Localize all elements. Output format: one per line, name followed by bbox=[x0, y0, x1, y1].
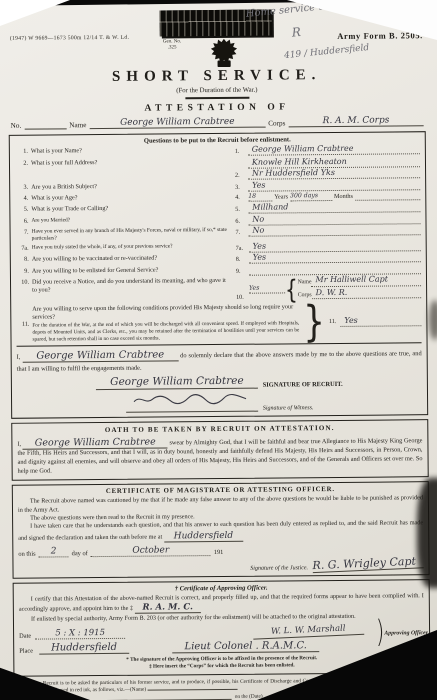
witness-signature bbox=[126, 392, 258, 413]
q2-number: 2. bbox=[15, 159, 31, 167]
q9-answer bbox=[249, 264, 253, 273]
q8-text: Are you willing to be vaccinated or re-v… bbox=[32, 254, 236, 264]
q11-text: Are you willing to serve upon the follow… bbox=[32, 303, 293, 320]
date-label: Date bbox=[19, 633, 31, 640]
q3-number: 3. bbox=[15, 183, 31, 191]
brace-icon: { bbox=[285, 276, 298, 302]
handwritten-initial: R bbox=[291, 25, 301, 40]
magistrate-p3-block: I have taken care that he understands ea… bbox=[18, 520, 423, 544]
on-this-label: on this bbox=[18, 550, 35, 557]
q7a-text: Have you truly stated the whole, if any,… bbox=[32, 242, 236, 251]
q3-answer: Yes bbox=[248, 180, 266, 189]
q7a-answer-number: 7a. bbox=[236, 244, 249, 252]
scanned-document: (1947) W 9669—1673 500m 12/14 T. & W. Ld… bbox=[0, 0, 437, 700]
q5-answer-number: 5. bbox=[235, 206, 248, 214]
witness-signature-row: Signature of Witness. bbox=[17, 390, 422, 414]
q7-number: 7. bbox=[16, 229, 32, 237]
q10-answer: Yes bbox=[249, 285, 259, 292]
q7-text: Have you ever served in any branch of Hi… bbox=[32, 227, 236, 243]
q6-text: Are you Married? bbox=[31, 215, 235, 224]
q4-number: 4. bbox=[15, 195, 31, 203]
divider-rule bbox=[185, 97, 249, 100]
q4-years-label: Years bbox=[272, 194, 290, 202]
justice-label: Signature of the Justice. bbox=[250, 565, 308, 572]
name-label: Name bbox=[69, 121, 86, 129]
q9-answer-number: 9. bbox=[236, 267, 249, 275]
question-row-11: 11. Are you willing to serve upon the fo… bbox=[16, 302, 421, 343]
declaration: I, George William Crabtree do solemnly d… bbox=[17, 342, 422, 373]
oath-body: I, George William Crabtree swear by Almi… bbox=[17, 433, 422, 476]
form-title: SHORT SERVICE. bbox=[8, 66, 425, 87]
rank-value: Lieut Colonel . R.A.M.C. bbox=[172, 640, 318, 653]
q7-answer: No bbox=[248, 226, 264, 235]
q10-answer-number: 10. bbox=[236, 294, 249, 302]
date-footnote-label: on the (Date) bbox=[235, 693, 263, 699]
identity-line: No. Name George William Crabtree Corps R… bbox=[11, 115, 424, 130]
q9-text: Are you willing to be enlisted for Gener… bbox=[32, 266, 236, 276]
corps-label: Corps bbox=[268, 119, 285, 127]
place-value: Huddersfield bbox=[39, 642, 129, 655]
q1-answer-number: 1. bbox=[235, 148, 248, 156]
q2-answer-line2: Nr Huddersfield Yks bbox=[248, 168, 335, 178]
paren-icon: ) bbox=[376, 618, 385, 649]
q2-text: What is your full Address? bbox=[31, 157, 235, 167]
q6-answer: No bbox=[248, 214, 264, 223]
q11-answer: Yes bbox=[340, 315, 358, 324]
place-label: Place bbox=[19, 648, 33, 655]
day-of-label: day of bbox=[72, 550, 88, 557]
attestation-heading: ATTESTATION OF bbox=[8, 101, 425, 115]
witness-signature-label: Signature of Witness. bbox=[263, 405, 314, 411]
handwritten-district-note: 419 / Huddersfield bbox=[284, 43, 370, 61]
no-label: No. bbox=[11, 122, 22, 130]
approving-date-row: Date 5 : X : 1915 W. L. W. Marshall bbox=[19, 624, 424, 640]
q8-number: 8. bbox=[16, 256, 32, 264]
q3-text: Are you a British Subject? bbox=[31, 182, 235, 192]
q10-text: Did you receive a Notice, and do you und… bbox=[32, 277, 236, 295]
q10-number: 10. bbox=[16, 279, 32, 287]
q4-answer-months: 300 days bbox=[290, 193, 318, 200]
oath-box: OATH TO BE TAKEN BY RECRUIT ON ATTESTATI… bbox=[11, 419, 428, 481]
approving-corps-value: R. A. M. C. bbox=[134, 602, 200, 614]
q10-corps-value: D. W. R. bbox=[312, 288, 348, 297]
approving-officer-label: Approving Officer. bbox=[384, 630, 429, 636]
corps-value: R. A. M. Corps bbox=[288, 115, 423, 127]
brace-icon: } bbox=[303, 300, 325, 343]
q8-answer-number: 8. bbox=[236, 256, 249, 264]
justice-signature-row: Signature of the Justice. R. G. Wrigley … bbox=[18, 556, 423, 574]
question-row-7: 7. Have you ever served in any branch of… bbox=[16, 225, 421, 243]
q7a-answer: Yes bbox=[249, 241, 267, 250]
declaration-pre: I, bbox=[17, 354, 21, 361]
q1-number: 1. bbox=[15, 148, 31, 156]
recruit-signature: George William Crabtree bbox=[96, 375, 258, 390]
form-subtitle: (For the Duration of the War.) bbox=[8, 85, 425, 96]
magistrate-box: CERTIFICATE OF MAGISTRATE OR ATTESTING O… bbox=[12, 481, 430, 578]
date-value: 5 : X : 1915 bbox=[55, 628, 105, 638]
declaration-name: George William Crabtree bbox=[22, 350, 178, 363]
q6-number: 6. bbox=[15, 217, 31, 225]
year-printed: 191 bbox=[214, 549, 224, 556]
no-blank bbox=[24, 128, 66, 129]
q10-name-label: Name bbox=[298, 280, 312, 288]
q8-answer: Yes bbox=[249, 253, 267, 262]
name-blank bbox=[147, 689, 237, 691]
q4-answer-number: 4. bbox=[235, 194, 248, 202]
q10-name-value: Mr Halliwell Capt bbox=[311, 275, 388, 285]
scan-artifact bbox=[417, 478, 437, 588]
name-value: George William Crabtree bbox=[89, 117, 265, 130]
royal-crest bbox=[204, 38, 244, 68]
q5-answer: Millhand bbox=[248, 202, 288, 211]
q4-months-label: Months bbox=[332, 193, 355, 201]
gen-no-caption: Gen. No. .325 bbox=[163, 39, 181, 51]
question-row-10: 10. Did you receive a Notice, and do you… bbox=[16, 276, 421, 305]
approving-place-row: Place Huddersfield Lieut Colonel . R.A.M… bbox=[19, 639, 424, 655]
q2-answer-line1: Knowle Hill Kirkheaton bbox=[248, 156, 347, 166]
q1-answer: George William Crabtree bbox=[248, 144, 354, 154]
q4-answer-years: 18 bbox=[248, 193, 256, 200]
form-content: (1947) W 9669—1673 500m 12/14 T. & W. Ld… bbox=[0, 0, 437, 700]
q11-number: 11. bbox=[16, 320, 32, 328]
magistrate-place-value: Huddersfield bbox=[164, 530, 243, 542]
printer-imprint: (1947) W 9669—1673 500m 12/14 T. & W. Ld… bbox=[10, 35, 129, 42]
q2-answer-number: 2. bbox=[235, 172, 248, 180]
q7a-number: 7a. bbox=[16, 244, 32, 252]
justice-signature: R. G. Wrigley Capt bbox=[312, 554, 424, 573]
q6-answer-number: 6. bbox=[235, 217, 248, 225]
q11-condition: For the duration of the War, at the end … bbox=[32, 320, 299, 343]
q3-answer-number: 3. bbox=[235, 184, 248, 192]
q4-text: What is your Age? bbox=[31, 193, 235, 203]
q4-trailing-line bbox=[355, 193, 420, 202]
magistrate-date-line: on this 2 day of October 191 bbox=[18, 543, 423, 558]
q1-text: What is your Name? bbox=[31, 146, 235, 156]
oath-pre: I, bbox=[17, 441, 21, 448]
scan-artifact bbox=[429, 300, 437, 340]
q7-answer-number: 7. bbox=[235, 229, 248, 237]
q11-answer-number: 11. bbox=[327, 317, 339, 325]
month-value: October bbox=[132, 545, 169, 555]
questions-box: Questions to be put to the Recruit befor… bbox=[9, 131, 428, 419]
question-row-2: 2. What is your full Address? 2. Knowle … bbox=[15, 156, 420, 182]
approving-p1: I certify that this Attestation of the a… bbox=[19, 592, 424, 613]
recruit-signature-label: SIGNATURE OF RECRUIT. bbox=[263, 381, 343, 389]
approving-signature: W. L. W. Marshall bbox=[253, 623, 364, 640]
recruit-signature-row: George William Crabtree SIGNATURE OF REC… bbox=[17, 373, 422, 391]
q11-text-block: Are you willing to serve upon the follow… bbox=[32, 303, 303, 343]
q9-number: 9. bbox=[16, 267, 32, 275]
q5-text: What is your Trade or Calling? bbox=[31, 204, 235, 214]
day-value: 2 bbox=[51, 546, 57, 556]
q5-number: 5. bbox=[15, 206, 31, 214]
oath-name: George William Crabtree bbox=[23, 436, 168, 449]
